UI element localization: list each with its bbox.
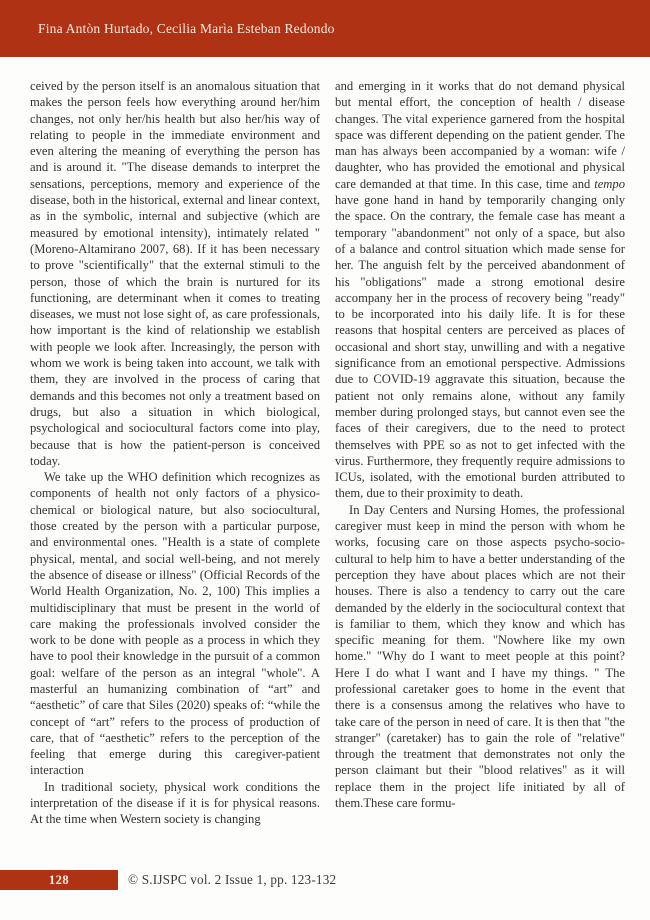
- paragraph-text: and emerging in it works that do not dem…: [335, 79, 625, 191]
- page-number-badge: 128: [0, 870, 118, 890]
- footer-citation: © S.IJSPC vol. 2 Issue 1, pp. 123-132: [128, 872, 336, 888]
- paragraph-continuation: ceived by the person itself is an anomal…: [30, 78, 320, 469]
- paper-page: Fina Antòn Hurtado, Cecilia Marìa Esteba…: [0, 0, 650, 920]
- article-body: ceived by the person itself is an anomal…: [30, 78, 625, 870]
- page-number: 128: [49, 873, 69, 888]
- paragraph-hospital-experience: and emerging in it works that do not dem…: [335, 78, 625, 502]
- column-left: ceived by the person itself is an anomal…: [30, 78, 320, 870]
- paragraph-traditional-society: In traditional society, physical work co…: [30, 779, 320, 828]
- paragraph-who-definition: We take up the WHO definition which reco…: [30, 469, 320, 779]
- paragraph-day-centers: In Day Centers and Nursing Homes, the pr…: [335, 502, 625, 812]
- header-bar: Fina Antòn Hurtado, Cecilia Marìa Esteba…: [0, 0, 650, 57]
- paragraph-text: have gone hand in hand by temporarily ch…: [335, 193, 625, 500]
- header-authors: Fina Antòn Hurtado, Cecilia Marìa Esteba…: [38, 21, 335, 37]
- italic-term: tempo: [594, 177, 625, 191]
- column-right: and emerging in it works that do not dem…: [335, 78, 625, 870]
